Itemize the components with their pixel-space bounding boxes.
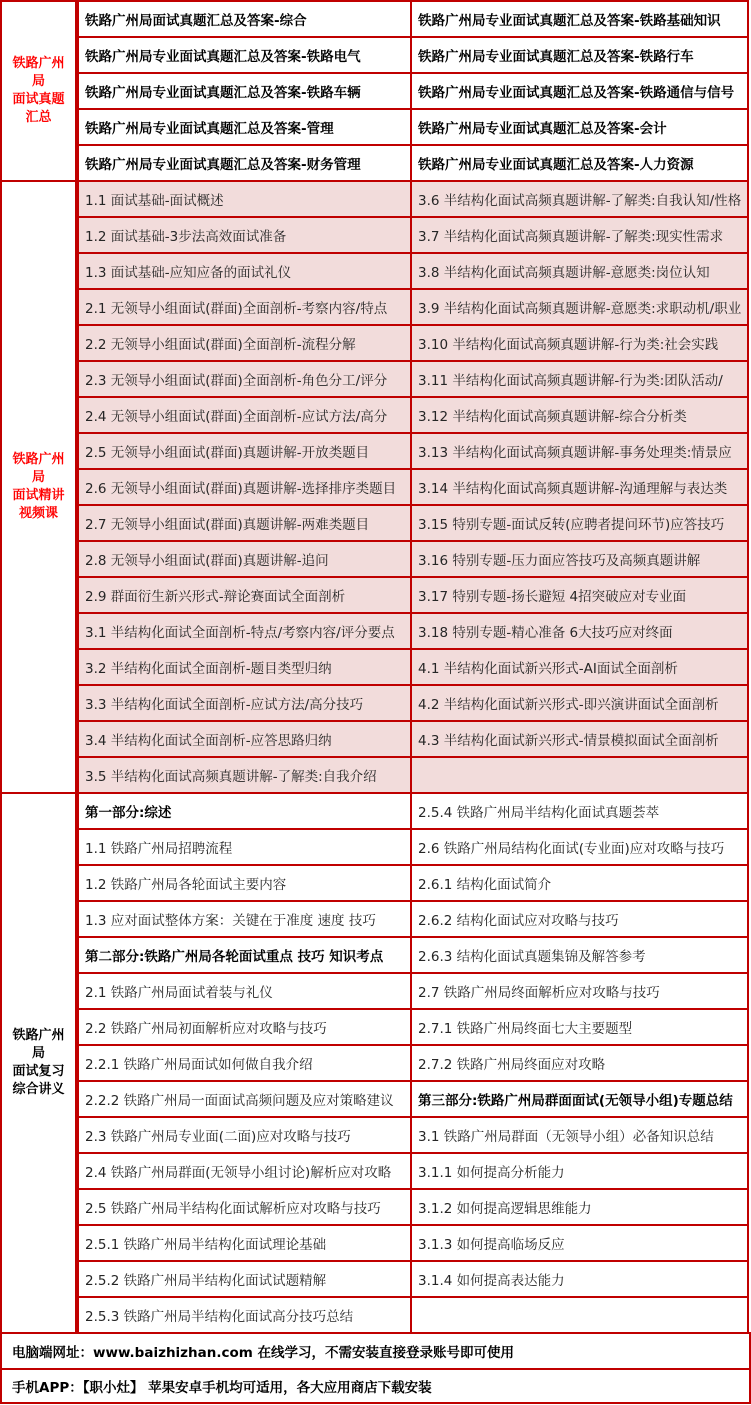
course-item[interactable]: 3.14 半结构化面试高频真题讲解-沟通理解与表达类 [412,468,749,504]
course-item[interactable]: 3.10 半结构化面试高频真题讲解-行为类:社会实践 [412,324,749,360]
course-item[interactable]: 2.1 铁路广州局面试着装与礼仪 [77,972,412,1008]
course-item[interactable]: 2.6 无领导小组面试(群面)真题讲解-选择排序类题目 [77,468,412,504]
course-item[interactable]: 3.9 半结构化面试高频真题讲解-意愿类:求职动机/职业 [412,288,749,324]
course-item[interactable]: 2.7 铁路广州局终面解析应对攻略与技巧 [412,972,749,1008]
section-label-video-course: 铁路广州 局 面试精讲 视频课 [0,180,77,792]
website-info: 电脑端网址：www.baizhizhan.com 在线学习，不需安装直接登录账号… [0,1332,751,1368]
course-item[interactable]: 4.3 半结构化面试新兴形式-情景模拟面试全面剖析 [412,720,749,756]
label-line: 面试精讲 [12,487,64,505]
course-item[interactable]: 1.2 面试基础-3步法高效面试准备 [77,216,412,252]
course-item[interactable]: 3.6 半结构化面试高频真题讲解-了解类:自我认知/性格 [412,180,749,216]
section-real-questions: 铁路广州 局 面试真题 汇总 铁路广州局面试真题汇总及答案-综合铁路广州局专业面… [0,0,751,180]
course-item[interactable]: 3.2 半结构化面试全面剖析-题目类型归纳 [77,648,412,684]
label-line: 面试真题 [12,91,64,109]
course-item[interactable]: 铁路广州局专业面试真题汇总及答案-铁路行车 [412,36,749,72]
course-item[interactable]: 铁路广州局专业面试真题汇总及答案-铁路基础知识 [412,0,749,36]
course-item[interactable]: 3.15 特别专题-面试反转(应聘者提问环节)应答技巧 [412,504,749,540]
course-item[interactable]: 铁路广州局专业面试真题汇总及答案-财务管理 [77,144,412,180]
section-video-course: 铁路广州 局 面试精讲 视频课 1.1 面试基础-面试概述1.2 面试基础-3步… [0,180,751,792]
course-item[interactable]: 3.1.3 如何提高临场反应 [412,1224,749,1260]
course-item[interactable] [412,756,749,792]
course-item[interactable]: 2.6 铁路广州局结构化面试(专业面)应对攻略与技巧 [412,828,749,864]
course-item[interactable]: 3.1.1 如何提高分析能力 [412,1152,749,1188]
course-item[interactable]: 2.6.2 结构化面试应对攻略与技巧 [412,900,749,936]
course-item[interactable]: 3.12 半结构化面试高频真题讲解-综合分析类 [412,396,749,432]
label-line: 铁路广州 [12,55,64,73]
course-item[interactable] [412,1296,749,1332]
section-label-review-notes: 铁路广州 局 面试复习 综合讲义 [0,792,77,1332]
course-item[interactable]: 3.8 半结构化面试高频真题讲解-意愿类:岗位认知 [412,252,749,288]
course-item[interactable]: 2.7.2 铁路广州局终面应对攻略 [412,1044,749,1080]
course-item[interactable]: 2.8 无领导小组面试(群面)真题讲解-追问 [77,540,412,576]
course-item[interactable]: 2.4 无领导小组面试(群面)全面剖析-应试方法/高分 [77,396,412,432]
course-item[interactable]: 2.2.2 铁路广州局一面面试高频问题及应对策略建议 [77,1080,412,1116]
course-item[interactable]: 铁路广州局面试真题汇总及答案-综合 [77,0,412,36]
course-item[interactable]: 2.5.2 铁路广州局半结构化面试试题精解 [77,1260,412,1296]
course-item[interactable]: 铁路广州局专业面试真题汇总及答案-会计 [412,108,749,144]
course-item[interactable]: 2.5.1 铁路广州局半结构化面试理论基础 [77,1224,412,1260]
course-item[interactable]: 2.6.3 结构化面试真题集锦及解答参考 [412,936,749,972]
course-item[interactable]: 2.5 无领导小组面试(群面)真题讲解-开放类题目 [77,432,412,468]
course-item[interactable]: 4.1 半结构化面试新兴形式-AI面试全面剖析 [412,648,749,684]
app-info: 手机APP：【职小灶】 苹果安卓手机均可适用，各大应用商店下载安装 [0,1368,751,1404]
course-item[interactable]: 1.1 面试基础-面试概述 [77,180,412,216]
course-item[interactable]: 铁路广州局专业面试真题汇总及答案-管理 [77,108,412,144]
course-item[interactable]: 3.1 铁路广州局群面（无领导小组）必备知识总结 [412,1116,749,1152]
label-line: 铁路广州 [12,451,64,469]
course-item[interactable]: 3.1.4 如何提高表达能力 [412,1260,749,1296]
course-item[interactable]: 3.16 特别专题-压力面应答技巧及高频真题讲解 [412,540,749,576]
course-item[interactable]: 3.5 半结构化面试高频真题讲解-了解类:自我介绍 [77,756,412,792]
course-item[interactable]: 铁路广州局专业面试真题汇总及答案-铁路车辆 [77,72,412,108]
label-line: 局 [12,1045,64,1063]
course-item[interactable]: 4.2 半结构化面试新兴形式-即兴演讲面试全面剖析 [412,684,749,720]
course-item[interactable]: 2.6.1 结构化面试简介 [412,864,749,900]
course-item[interactable]: 2.5.4 铁路广州局半结构化面试真题荟萃 [412,792,749,828]
course-item[interactable]: 3.17 特别专题-扬长避短 4招突破应对专业面 [412,576,749,612]
course-item[interactable]: 铁路广州局专业面试真题汇总及答案-铁路通信与信号 [412,72,749,108]
course-item[interactable]: 2.7.1 铁路广州局终面七大主要题型 [412,1008,749,1044]
course-item[interactable]: 2.3 铁路广州局专业面(二面)应对攻略与技巧 [77,1116,412,1152]
course-item[interactable]: 2.2 无领导小组面试(群面)全面剖析-流程分解 [77,324,412,360]
course-item[interactable]: 3.11 半结构化面试高频真题讲解-行为类:团队活动/ [412,360,749,396]
course-item[interactable]: 2.4 铁路广州局群面(无领导小组讨论)解析应对攻略 [77,1152,412,1188]
course-item[interactable]: 2.5 铁路广州局半结构化面试解析应对攻略与技巧 [77,1188,412,1224]
label-line: 局 [12,469,64,487]
course-item[interactable]: 铁路广州局专业面试真题汇总及答案-铁路电气 [77,36,412,72]
section-review-notes: 铁路广州 局 面试复习 综合讲义 第一部分:综述1.1 铁路广州局招聘流程1.2… [0,792,751,1332]
course-item[interactable]: 2.2.1 铁路广州局面试如何做自我介绍 [77,1044,412,1080]
label-line: 铁路广州 [12,1027,64,1045]
course-item[interactable]: 3.1.2 如何提高逻辑思维能力 [412,1188,749,1224]
course-item[interactable]: 1.2 铁路广州局各轮面试主要内容 [77,864,412,900]
course-item[interactable]: 2.5.3 铁路广州局半结构化面试高分技巧总结 [77,1296,412,1332]
section-label-real-questions: 铁路广州 局 面试真题 汇总 [0,0,77,180]
course-item[interactable]: 第二部分:铁路广州局各轮面试重点 技巧 知识考点 [77,936,412,972]
course-item[interactable]: 第一部分:综述 [77,792,412,828]
course-item[interactable]: 3.18 特别专题-精心准备 6大技巧应对终面 [412,612,749,648]
course-catalog-table: 铁路广州 局 面试真题 汇总 铁路广州局面试真题汇总及答案-综合铁路广州局专业面… [0,0,751,1404]
course-item[interactable]: 3.4 半结构化面试全面剖析-应答思路归纳 [77,720,412,756]
course-item[interactable]: 3.1 半结构化面试全面剖析-特点/考察内容/评分要点 [77,612,412,648]
course-item[interactable]: 1.1 铁路广州局招聘流程 [77,828,412,864]
course-item[interactable]: 2.9 群面衍生新兴形式-辩论赛面试全面剖析 [77,576,412,612]
course-item[interactable]: 3.3 半结构化面试全面剖析-应试方法/高分技巧 [77,684,412,720]
course-item[interactable]: 第三部分:铁路广州局群面面试(无领导小组)专题总结 [412,1080,749,1116]
label-line: 局 [12,73,64,91]
course-item[interactable]: 1.3 应对面试整体方案：关键在于准度 速度 技巧 [77,900,412,936]
label-line: 汇总 [12,109,64,127]
label-line: 面试复习 [12,1063,64,1081]
course-item[interactable]: 1.3 面试基础-应知应备的面试礼仪 [77,252,412,288]
course-item[interactable]: 2.2 铁路广州局初面解析应对攻略与技巧 [77,1008,412,1044]
course-item[interactable]: 2.1 无领导小组面试(群面)全面剖析-考察内容/特点 [77,288,412,324]
course-item[interactable]: 3.13 半结构化面试高频真题讲解-事务处理类:情景应 [412,432,749,468]
label-line: 综合讲义 [12,1081,64,1099]
course-item[interactable]: 铁路广州局专业面试真题汇总及答案-人力资源 [412,144,749,180]
course-item[interactable]: 2.3 无领导小组面试(群面)全面剖析-角色分工/评分 [77,360,412,396]
course-item[interactable]: 3.7 半结构化面试高频真题讲解-了解类:现实性需求 [412,216,749,252]
label-line: 视频课 [12,505,64,523]
course-item[interactable]: 2.7 无领导小组面试(群面)真题讲解-两难类题目 [77,504,412,540]
